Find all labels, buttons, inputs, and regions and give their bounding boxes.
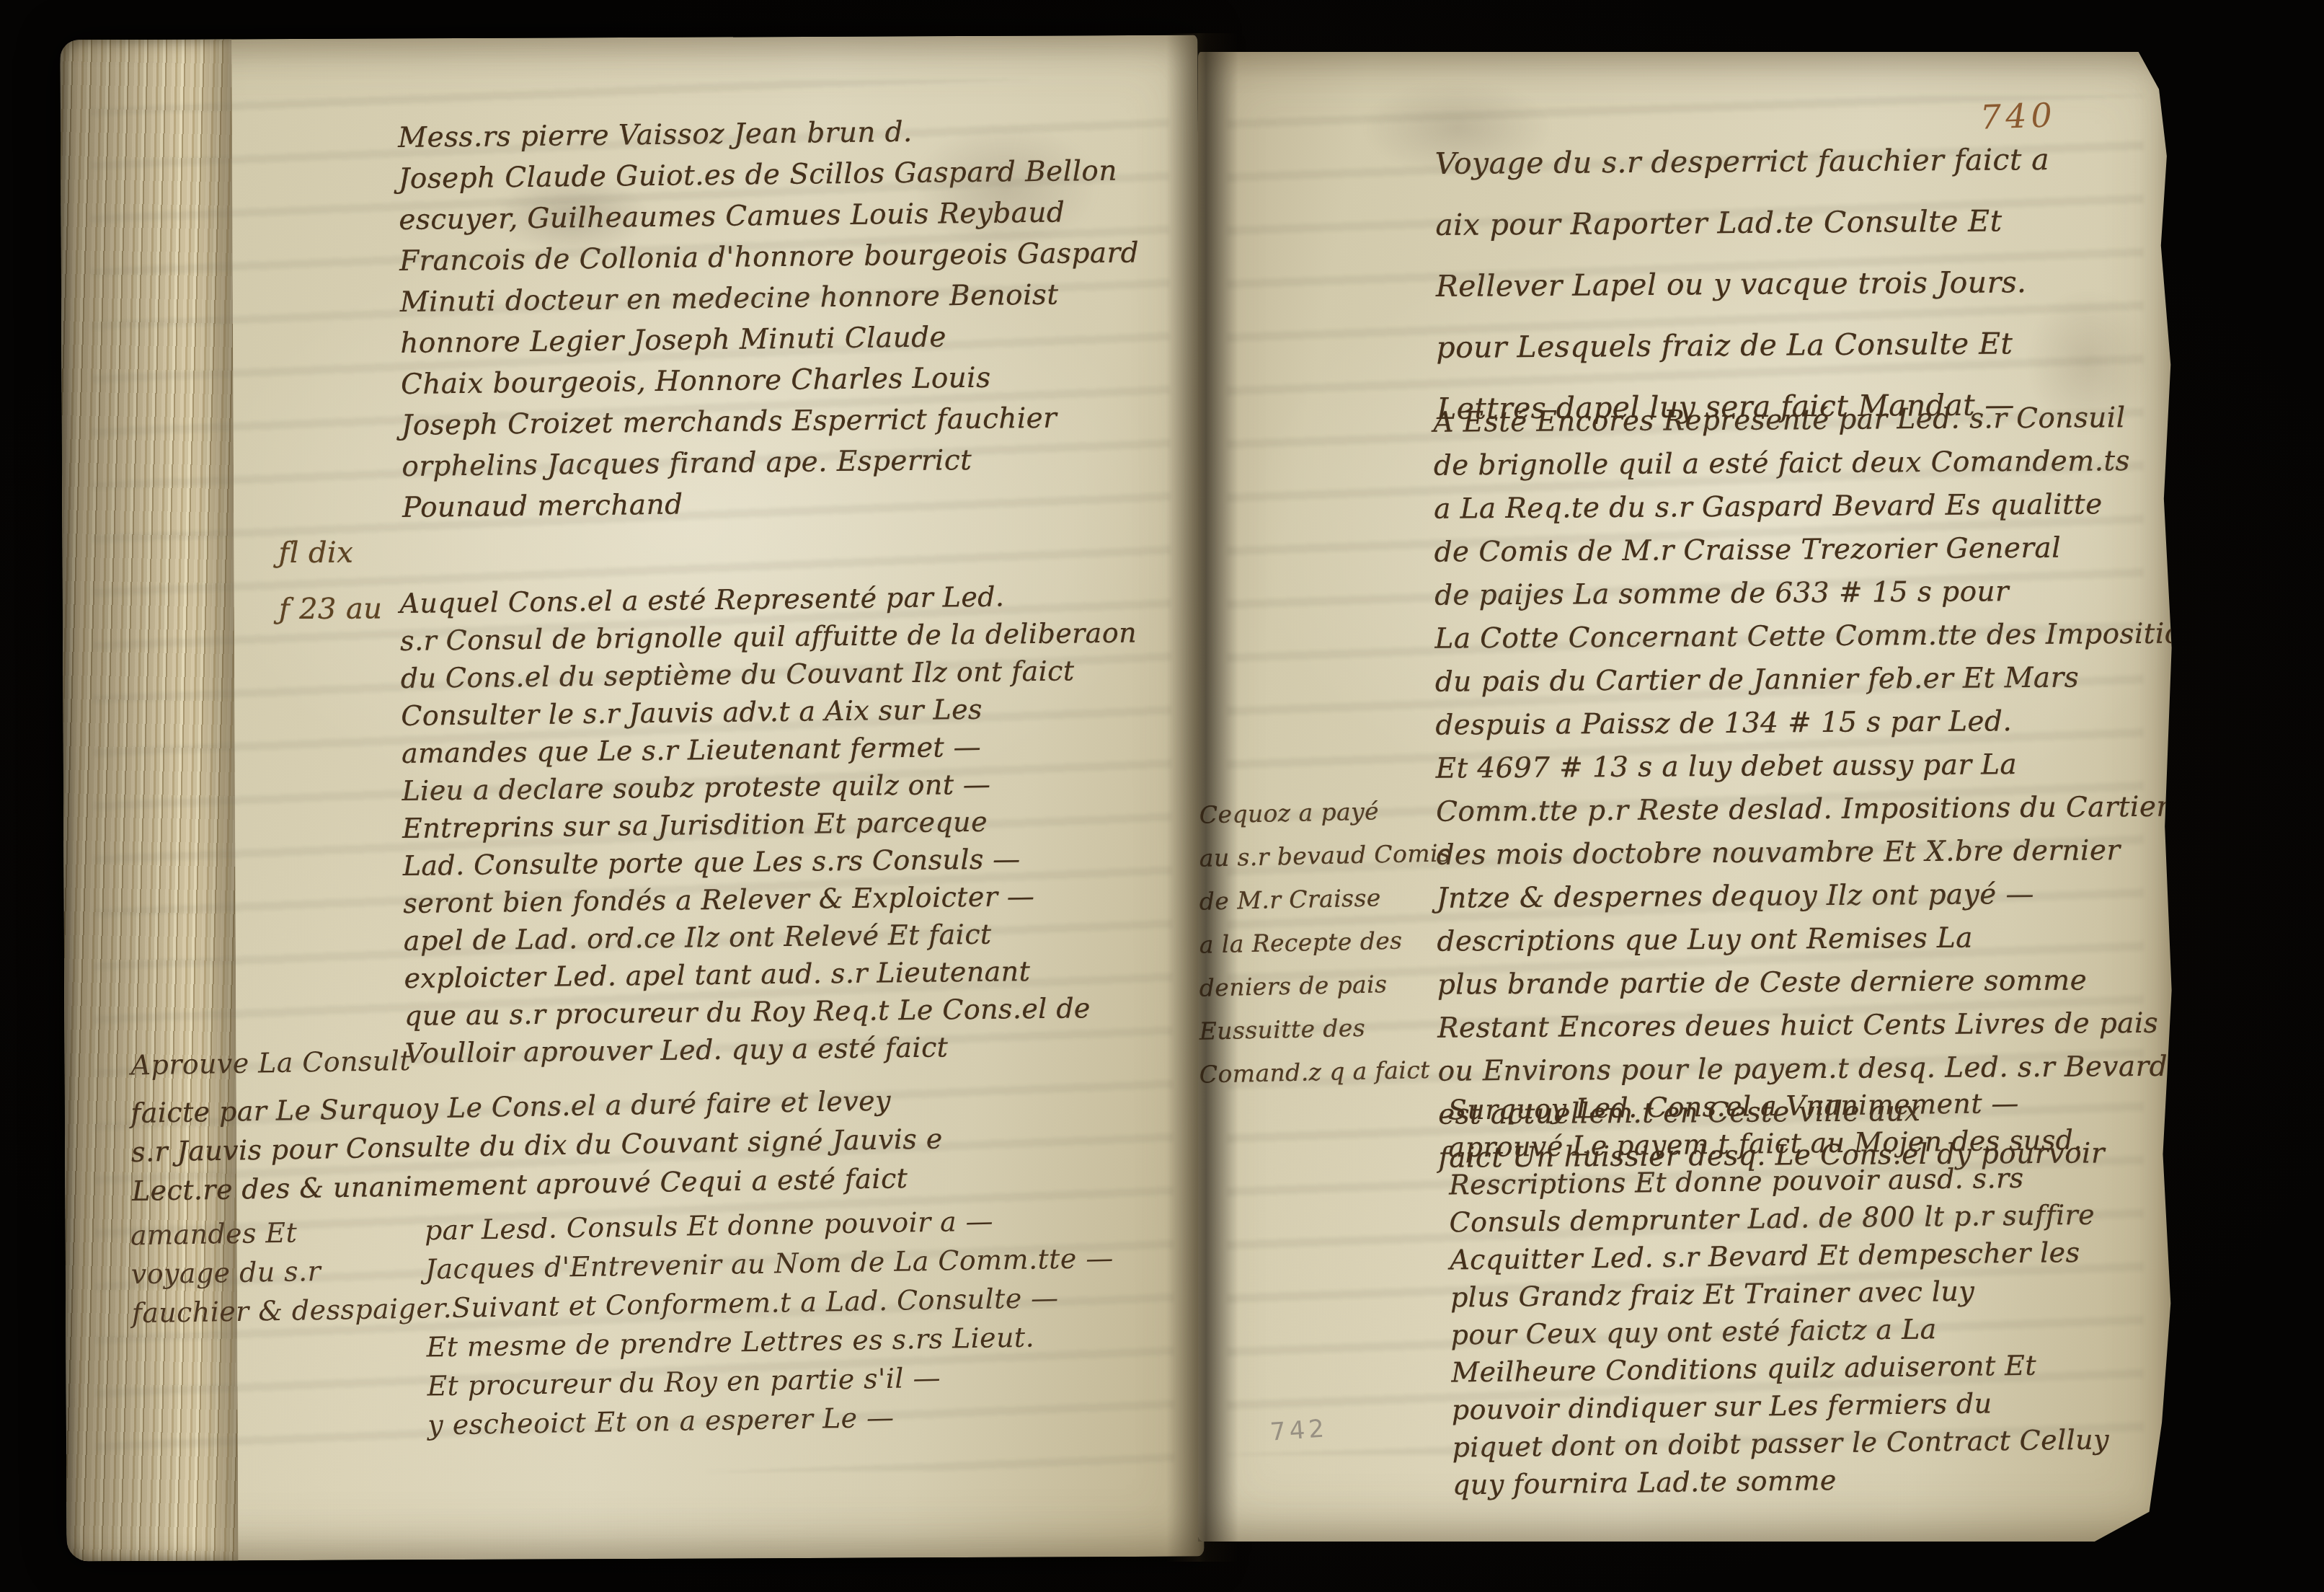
- manuscript-line: quy fournira Lad.te somme: [1452, 1461, 2110, 1506]
- manuscript-line: du pais du Cartier de Jannier feb.er Et …: [1435, 660, 2215, 709]
- margin-note: a la Recepte des: [1199, 925, 1451, 973]
- right-paragraph-3: Surquoy Led. Cons.el a Vnanimement —apro…: [1448, 1086, 2110, 1506]
- manuscript-line: des mois doctobre nouvambre Et X.bre der…: [1436, 833, 2216, 883]
- manuscript-line: descriptions que Luy ont Remises La: [1437, 920, 2217, 969]
- manuscript-line: Pounaud merchand: [402, 483, 1142, 533]
- manuscript-line: aix pour Raporter Lad.te Consulte Et: [1435, 203, 2050, 269]
- margin-word: voyage du s.r: [131, 1254, 426, 1298]
- manuscript-line: Rellever Lapel ou y vacque trois Jours.: [1436, 265, 2051, 330]
- manuscript-line: de brignolle quil a esté faict deux Coma…: [1434, 444, 2214, 493]
- margin-word: [132, 1332, 427, 1376]
- right-paragraph-2: A Esté Encores Representé par Led. s.r C…: [1433, 401, 2219, 1185]
- left-section-lines-margined: amandes Et par Lesd. Consuls Et donne po…: [130, 1203, 1117, 1454]
- manuscript-line: de Comis de M.r Craisse Trezorier Genera…: [1434, 531, 2214, 580]
- manuscript-line: de paijes La somme de 633 # 15 s pour: [1434, 574, 2214, 623]
- manuscript-line: Restant Encores deues huict Cents Livres…: [1437, 1007, 2217, 1056]
- margin-note: au s.r bevaud Comis: [1199, 839, 1451, 887]
- left-paragraph-2: Auquel Cons.el a esté Representé par Led…: [399, 579, 1141, 1075]
- manuscript-line: plus brande partie de Ceste derniere som…: [1437, 963, 2217, 1012]
- manuscript-line: Comm.tte p.r Reste deslad. Impositions d…: [1436, 790, 2216, 839]
- manuscript-scan: Mess.rs pierre Vaissoz Jean brun d.Josep…: [0, 0, 2324, 1592]
- margin-note: Comand.z q a faict: [1199, 1055, 1451, 1103]
- margin-note: ƒl dix: [278, 536, 382, 593]
- manuscript-line: a La Req.te du s.r Gaspard Bevard Es qua…: [1434, 487, 2214, 536]
- folio-number: 740: [1979, 95, 2057, 137]
- manuscript-line: Voulloir aprouver Led. quy a esté faict: [404, 1029, 1141, 1075]
- margin-word: [133, 1371, 427, 1415]
- margin-word: [133, 1410, 428, 1454]
- line-text: y escheoict Et on a esperer Le —: [427, 1402, 895, 1449]
- left-section-lines-full: faicte par Le Surquoy Le Cons.el a duré …: [130, 1084, 944, 1214]
- manuscript-line: La Cotte Concernant Cette Comm.tte des I…: [1434, 617, 2214, 666]
- left-page: Mess.rs pierre Vaissoz Jean brun d.Josep…: [60, 35, 1204, 1562]
- manuscript-line: A Esté Encores Representé par Led. s.r C…: [1433, 401, 2213, 450]
- pencil-page-number: 742: [1269, 1414, 1329, 1446]
- right-page: 740 Voyage du s.r desperrict fauchier fa…: [1198, 52, 2173, 1542]
- margin-note: deniers de pais: [1199, 968, 1451, 1017]
- margin-note: Eussuitte des: [1199, 1012, 1451, 1060]
- margin-word: fauchier & desspaiger.: [131, 1292, 452, 1336]
- manuscript-line: pour Lesquels fraiz de La Consulte Et: [1436, 326, 2051, 392]
- margin-note: ƒ 23 au: [279, 593, 383, 650]
- manuscript-line: Et 4697 # 13 s a luy debet aussy par La: [1436, 747, 2216, 796]
- manuscript-line: Jntze & despernes dequoy Ilz ont payé —: [1437, 877, 2217, 926]
- left-margin-notes: ƒl dixƒ 23 au: [278, 536, 382, 650]
- manuscript-line: despuis a Paissz de 134 # 15 s par Led.: [1435, 704, 2215, 753]
- left-section-heading: Aprouve La Consult: [130, 1045, 411, 1081]
- margin-note: Cequoz a payé: [1199, 795, 1451, 844]
- right-margin-block: Cequoz a payéau s.r bevaud Comisde M.r C…: [1199, 798, 1450, 1101]
- margin-note: de M.r Craisse: [1199, 882, 1451, 930]
- left-paragraph-1: Mess.rs pierre Vaissoz Jean brun d.Josep…: [398, 113, 1142, 533]
- manuscript-line: Voyage du s.r desperrict fauchier faict …: [1435, 142, 2050, 208]
- margin-word: amandes Et: [130, 1215, 425, 1259]
